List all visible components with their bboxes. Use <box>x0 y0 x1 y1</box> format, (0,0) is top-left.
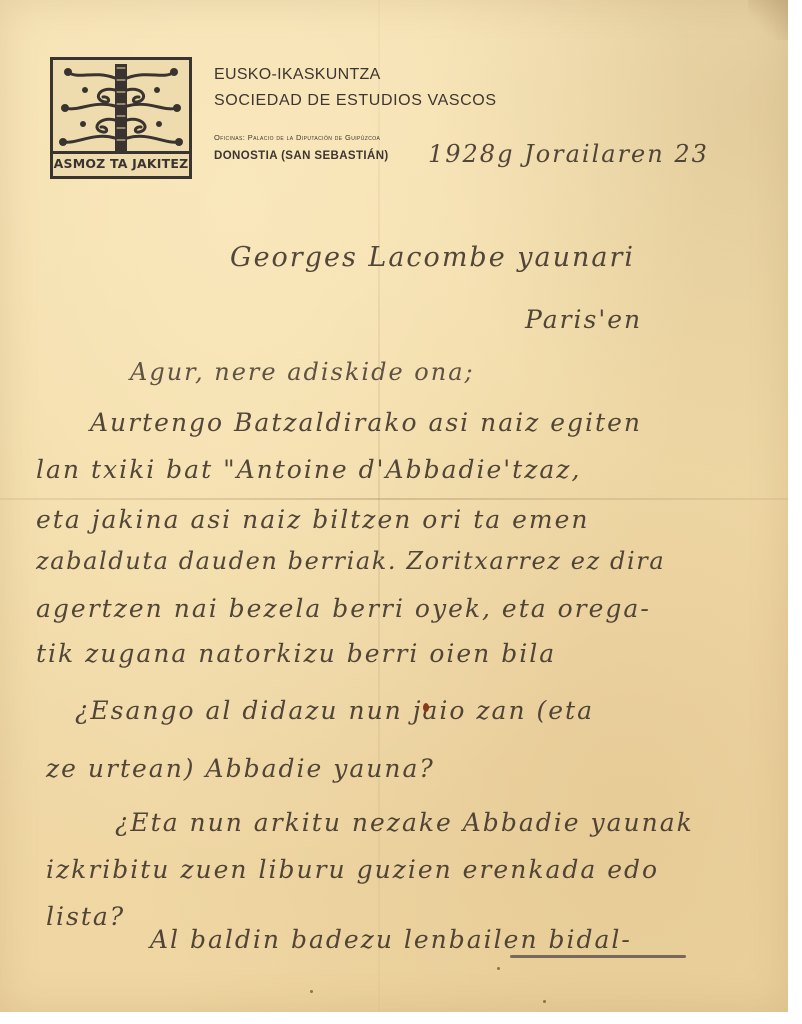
letter-date: 1928g Jorailaren 23 <box>428 140 709 168</box>
recipient-name: Georges Lacombe yaunari <box>230 242 635 273</box>
letter-line-7: ¿Esango al didazu nun jaio zan (eta <box>75 696 594 725</box>
letter-line-10: izkribitu zuen liburu guzien erenkada ed… <box>46 855 659 884</box>
paper-speck <box>543 1000 546 1003</box>
salutation: Agur, nere adiskide ona; <box>130 358 475 386</box>
society-logo: ASMOZ TA JAKITEZ <box>50 57 192 179</box>
paper-speck <box>497 967 500 970</box>
recipient-place: Paris'en <box>525 305 642 334</box>
letter-line-4: zabalduta dauden berriak. Zoritxarrez ez… <box>36 547 665 575</box>
organization-name: EUSKO-IKASKUNTZA <box>214 66 381 84</box>
tree-of-knowledge-icon <box>53 60 189 156</box>
underline-lenbailen <box>510 955 686 958</box>
letter-line-12: Al baldin badezu lenbailen bidal- <box>150 925 632 954</box>
corner-stain <box>748 0 788 40</box>
letter-line-9: ¿Eta nun arkitu nezake Abbadie yaunak <box>115 808 694 837</box>
city-line: DONOSTIA (SAN SEBASTIÁN) <box>214 150 389 162</box>
horizontal-fold-crease <box>0 498 788 500</box>
letter-line-5: agertzen nai bezela berri oyek, eta oreg… <box>36 594 651 623</box>
society-name: SOCIEDAD DE ESTUDIOS VASCOS <box>214 92 497 110</box>
letter-line-1: Aurtengo Batzaldirako asi naiz egiten <box>90 408 642 437</box>
offices-address: Oficinas: Palacio de la Diputación de Gu… <box>214 133 380 142</box>
letter-line-2: lan txiki bat "Antoine d'Abbadie'tzaz, <box>36 455 581 484</box>
letter-line-6: tik zugana natorkizu berri oien bila <box>36 639 556 668</box>
letter-line-8: ze urtean) Abbadie yauna? <box>46 754 435 783</box>
letter-paper: ASMOZ TA JAKITEZ EUSKO-IKASKUNTZA SOCIED… <box>0 0 788 1012</box>
ink-stain <box>423 703 429 712</box>
letter-line-3: eta jakina asi naiz biltzen ori ta emen <box>36 505 590 534</box>
logo-motto: ASMOZ TA JAKITEZ <box>53 151 189 176</box>
paper-speck <box>310 990 313 993</box>
letter-line-11: lista? <box>46 902 125 931</box>
